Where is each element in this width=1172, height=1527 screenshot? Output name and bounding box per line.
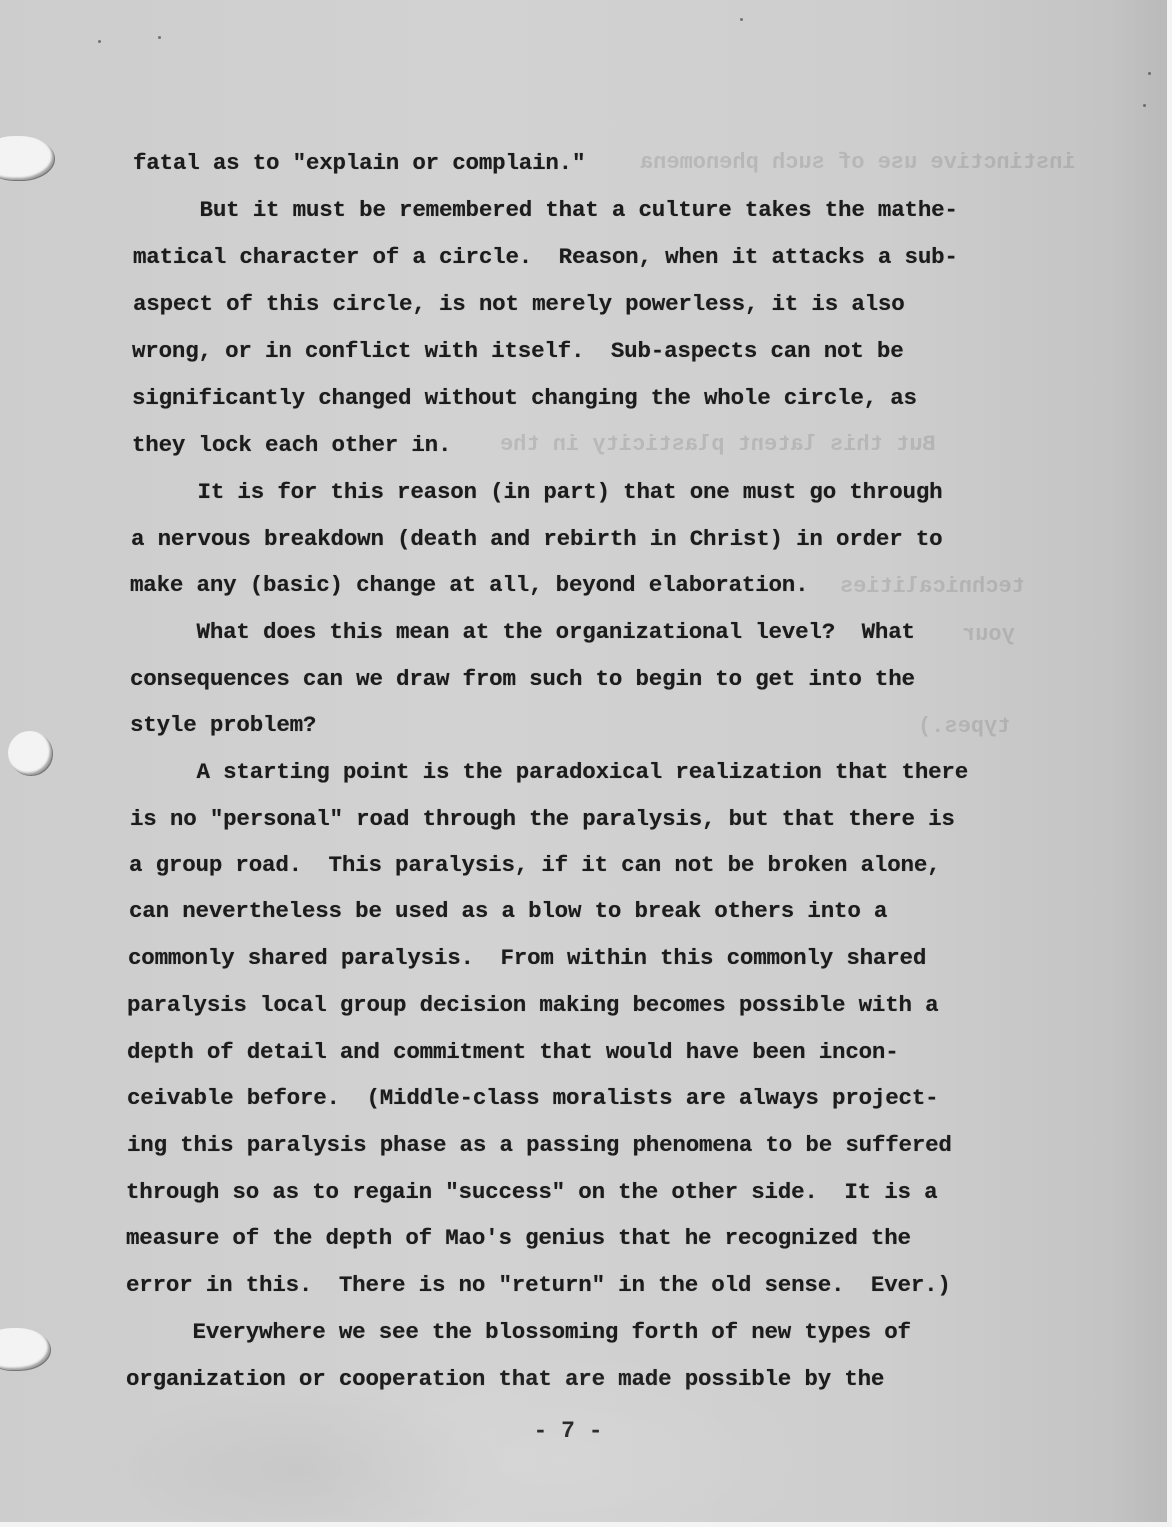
text-line: through so as to regain "success" on the… — [126, 1179, 937, 1205]
text-line: A starting point is the paradoxical real… — [130, 759, 968, 785]
text-line: ing this paralysis phase as a passing ph… — [127, 1132, 952, 1158]
text-line: wrong, or in conflict with itself. Sub-a… — [132, 338, 904, 364]
paper-speck — [1143, 104, 1146, 107]
paper-speck — [98, 40, 101, 43]
text-line: measure of the depth of Mao's genius tha… — [126, 1225, 911, 1251]
text-line: they lock each other in. — [132, 432, 451, 458]
text-line: What does this mean at the organizationa… — [130, 619, 915, 645]
text-line: make any (basic) change at all, beyond e… — [130, 572, 808, 598]
page-edge-right — [1167, 0, 1172, 1527]
show-through-text: your — [962, 622, 1015, 647]
paper-speck — [740, 18, 743, 21]
text-line: a group road. This paralysis, if it can … — [129, 852, 940, 878]
text-line: depth of detail and commitment that woul… — [127, 1039, 899, 1065]
punch-hole-bottom — [0, 1328, 50, 1370]
text-line: Everywhere we see the blossoming forth o… — [126, 1319, 911, 1345]
text-line: It is for this reason (in part) that one… — [131, 479, 942, 505]
page-edge-bottom — [0, 1522, 1172, 1527]
text-line: organization or cooperation that are mad… — [126, 1366, 884, 1392]
text-line: But it must be remembered that a culture… — [133, 197, 958, 223]
typewritten-page: instinctive use of such phenomena But th… — [0, 0, 1167, 1522]
text-line: significantly changed without changing t… — [132, 385, 917, 411]
text-line: style problem? — [130, 712, 316, 738]
text-line: fatal as to "explain or complain." — [133, 150, 585, 176]
text-line: can nevertheless be used as a blow to br… — [129, 898, 887, 924]
paper-speck — [158, 36, 161, 39]
text-line: consequences can we draw from such to be… — [130, 666, 915, 692]
punch-hole-top — [0, 136, 54, 180]
text-line: error in this. There is no "return" in t… — [126, 1272, 951, 1298]
text-line: is no "personal" road through the paraly… — [130, 806, 955, 832]
text-line: ceivable before. (Middle-class moralists… — [127, 1085, 938, 1111]
show-through-text: types.) — [918, 714, 1010, 739]
text-line: commonly shared paralysis. From within t… — [128, 945, 926, 971]
page-number: - 7 - — [528, 1418, 608, 1444]
paper-speck — [1148, 72, 1151, 75]
show-through-text: instinctive use of such phenomena — [640, 150, 1076, 175]
text-line: matical character of a circle. Reason, w… — [133, 244, 958, 270]
show-through-text: But this latent plasticity in the — [500, 432, 936, 457]
text-line: aspect of this circle, is not merely pow… — [133, 291, 905, 317]
punch-hole-middle — [8, 731, 52, 775]
text-line: paralysis local group decision making be… — [127, 992, 938, 1018]
show-through-text: technicalities — [840, 574, 1025, 599]
text-line: a nervous breakdown (death and rebirth i… — [131, 526, 942, 552]
